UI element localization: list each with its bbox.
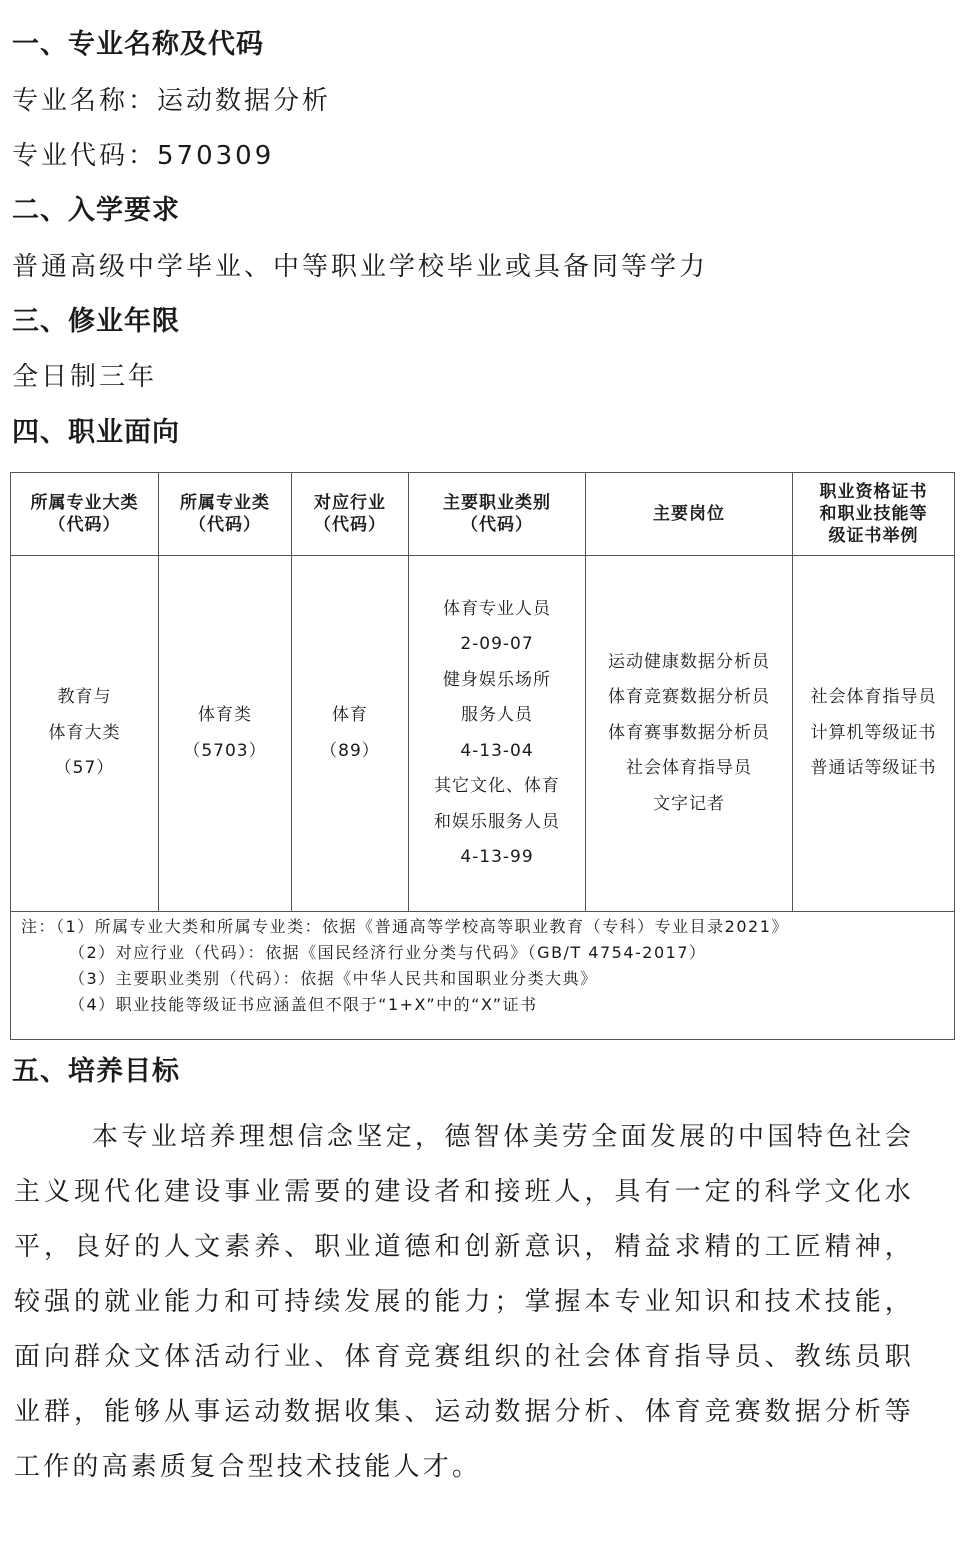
table-notes: 注：（1）所属专业大类和所属专业类：依据《普通高等学校高等职业教育（专科）专业目… [11, 912, 955, 1040]
major-code: 专业代码：570309 [12, 139, 274, 173]
cell-text: 文字记者 [586, 787, 792, 823]
cell-text: 计算机等级证书 [793, 716, 954, 752]
header-certificates: 职业资格证书 和职业技能等 级证书举例 [793, 473, 955, 556]
cell-text: 其它文化、体育 [409, 769, 585, 805]
cell-text: 体育竞赛数据分析员 [586, 680, 792, 716]
cell-text: 服务人员 [409, 698, 585, 734]
major-name: 专业名称：运动数据分析 [12, 84, 331, 118]
header-text: （代码） [11, 514, 158, 536]
header-text: 对应行业 [292, 492, 408, 514]
table-row: 教育与 体育大类 （57） 体育类 （5703） 体育 （89） 体育专业人员 … [11, 556, 955, 912]
cell-text: 体育专业人员 [409, 592, 585, 628]
header-text: 主要职业类别 [409, 492, 585, 514]
cell-text: （89） [292, 734, 408, 770]
heading-career-orientation: 四、职业面向 [12, 416, 180, 450]
note-line: （4）职业技能等级证书应涵盖但不限于“1+X”中的“X”证书 [21, 992, 954, 1018]
header-discipline-class: 所属专业类 （代码） [159, 473, 292, 556]
cell-text: 4-13-04 [409, 734, 585, 770]
table-header-row: 所属专业大类 （代码） 所属专业类 （代码） 对应行业 （代码） 主要职业类别 … [11, 473, 955, 556]
note-line: （3）主要职业类别（代码）：依据《中华人民共和国职业分类大典》 [21, 966, 954, 992]
cell-text: 体育赛事数据分析员 [586, 716, 792, 752]
study-duration: 全日制三年 [12, 360, 157, 394]
header-text: 和职业技能等 [793, 503, 954, 525]
heading-admission: 二、入学要求 [12, 194, 180, 228]
header-text: 主要岗位 [586, 503, 792, 525]
note-line: （2）对应行业（代码）：依据《国民经济行业分类与代码》（GB/T 4754-20… [21, 940, 954, 966]
header-text: 级证书举例 [793, 525, 954, 547]
header-text: 所属专业类 [159, 492, 291, 514]
admission-requirement: 普通高级中学毕业、中等职业学校毕业或具备同等学力 [12, 250, 708, 284]
cell-industry: 体育 （89） [292, 556, 409, 912]
heading-major-name-code: 一、专业名称及代码 [12, 28, 264, 62]
header-text: 职业资格证书 [793, 481, 954, 503]
table-notes-row: 注：（1）所属专业大类和所属专业类：依据《普通高等学校高等职业教育（专科）专业目… [11, 912, 955, 1040]
cell-certificates: 社会体育指导员 计算机等级证书 普通话等级证书 [793, 556, 955, 912]
cell-text: 社会体育指导员 [793, 680, 954, 716]
header-text: （代码） [409, 514, 585, 536]
cell-text: 体育类 [159, 698, 291, 734]
cell-discipline-class: 体育类 （5703） [159, 556, 292, 912]
heading-training-objective: 五、培养目标 [12, 1055, 180, 1089]
cell-text: 2-09-07 [409, 627, 585, 663]
cell-text: 普通话等级证书 [793, 751, 954, 787]
header-text: 所属专业大类 [11, 492, 158, 514]
header-occupation-category: 主要职业类别 （代码） [409, 473, 586, 556]
training-objective-text: 本专业培养理想信念坚定，德智体美劳全面发展的中国特色社会主义现代化建设事业需要的… [14, 1110, 914, 1495]
cell-text: 4-13-99 [409, 840, 585, 876]
header-text: （代码） [292, 514, 408, 536]
heading-duration: 三、修业年限 [12, 305, 180, 339]
cell-text: （57） [11, 751, 158, 787]
note-line: 注：（1）所属专业大类和所属专业类：依据《普通高等学校高等职业教育（专科）专业目… [21, 914, 954, 940]
cell-main-positions: 运动健康数据分析员 体育竞赛数据分析员 体育赛事数据分析员 社会体育指导员 文字… [586, 556, 793, 912]
cell-discipline-category: 教育与 体育大类 （57） [11, 556, 159, 912]
header-main-positions: 主要岗位 [586, 473, 793, 556]
cell-text: 和娱乐服务人员 [409, 805, 585, 841]
cell-text: 社会体育指导员 [586, 751, 792, 787]
cell-text: （5703） [159, 734, 291, 770]
cell-occupation-category: 体育专业人员 2-09-07 健身娱乐场所 服务人员 4-13-04 其它文化、… [409, 556, 586, 912]
cell-text: 运动健康数据分析员 [586, 645, 792, 681]
header-text: （代码） [159, 514, 291, 536]
career-orientation-table: 所属专业大类 （代码） 所属专业类 （代码） 对应行业 （代码） 主要职业类别 … [10, 472, 955, 1040]
cell-text: 教育与 [11, 680, 158, 716]
header-industry: 对应行业 （代码） [292, 473, 409, 556]
cell-text: 体育大类 [11, 716, 158, 752]
cell-text: 体育 [292, 698, 408, 734]
cell-text: 健身娱乐场所 [409, 663, 585, 699]
header-discipline-category: 所属专业大类 （代码） [11, 473, 159, 556]
